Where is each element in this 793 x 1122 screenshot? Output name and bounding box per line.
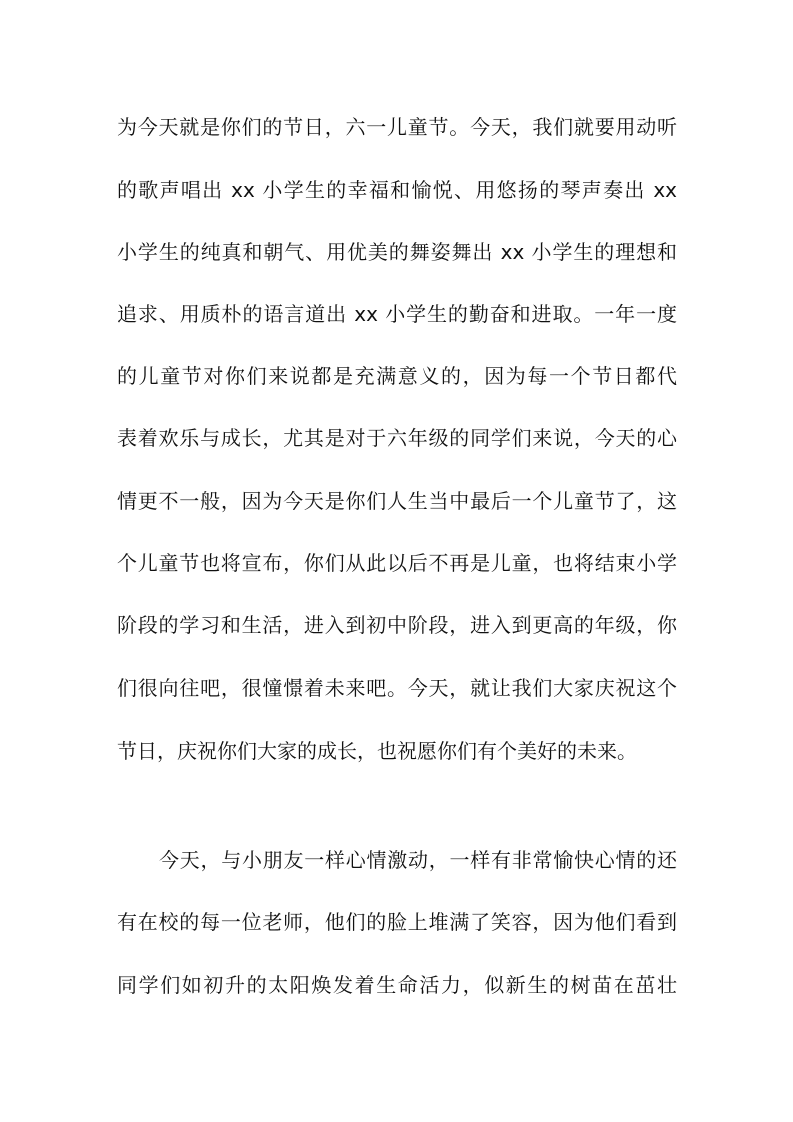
text-line: 有在校的每一位老师，他们的脸上堆满了笑容，因为他们看到	[117, 907, 677, 937]
document-page: 为今天就是你们的节日，六一儿童节。今天，我们就要用动听 的歌声唱出 xx 小学生…	[0, 0, 793, 1122]
text-line: 小学生的纯真和朝气、用优美的舞姿舞出 xx 小学生的理想和	[117, 237, 677, 267]
text-line: 们很向往吧，很憧憬着未来吧。今天，就让我们大家庆祝这个	[117, 673, 677, 703]
text-line: 同学们如初升的太阳焕发着生命活力，似新生的树苗在茁壮	[117, 970, 677, 1000]
text-line: 为今天就是你们的节日，六一儿童节。今天，我们就要用动听	[117, 112, 677, 142]
text-line: 个儿童节也将宣布，你们从此以后不再是儿童，也将结束小学	[117, 548, 677, 578]
text-line: 节日，庆祝你们大家的成长，也祝愿你们有个美好的未来。	[117, 736, 677, 766]
text-line: 阶段的学习和生活，进入到初中阶段，进入到更高的年级，你	[117, 610, 677, 640]
text-line: 今天，与小朋友一样心情激动，一样有非常愉快心情的还	[159, 845, 677, 875]
text-line: 情更不一般，因为今天是你们人生当中最后一个儿童节了，这	[117, 486, 677, 516]
text-line: 的儿童节对你们来说都是充满意义的，因为每一个节日都代	[117, 361, 677, 391]
text-line: 表着欢乐与成长，尤其是对于六年级的同学们来说，今天的心	[117, 423, 677, 453]
text-line: 追求、用质朴的语言道出 xx 小学生的勤奋和进取。一年一度	[117, 299, 677, 329]
text-line: 的歌声唱出 xx 小学生的幸福和愉悦、用悠扬的琴声奏出 xx	[117, 175, 677, 205]
